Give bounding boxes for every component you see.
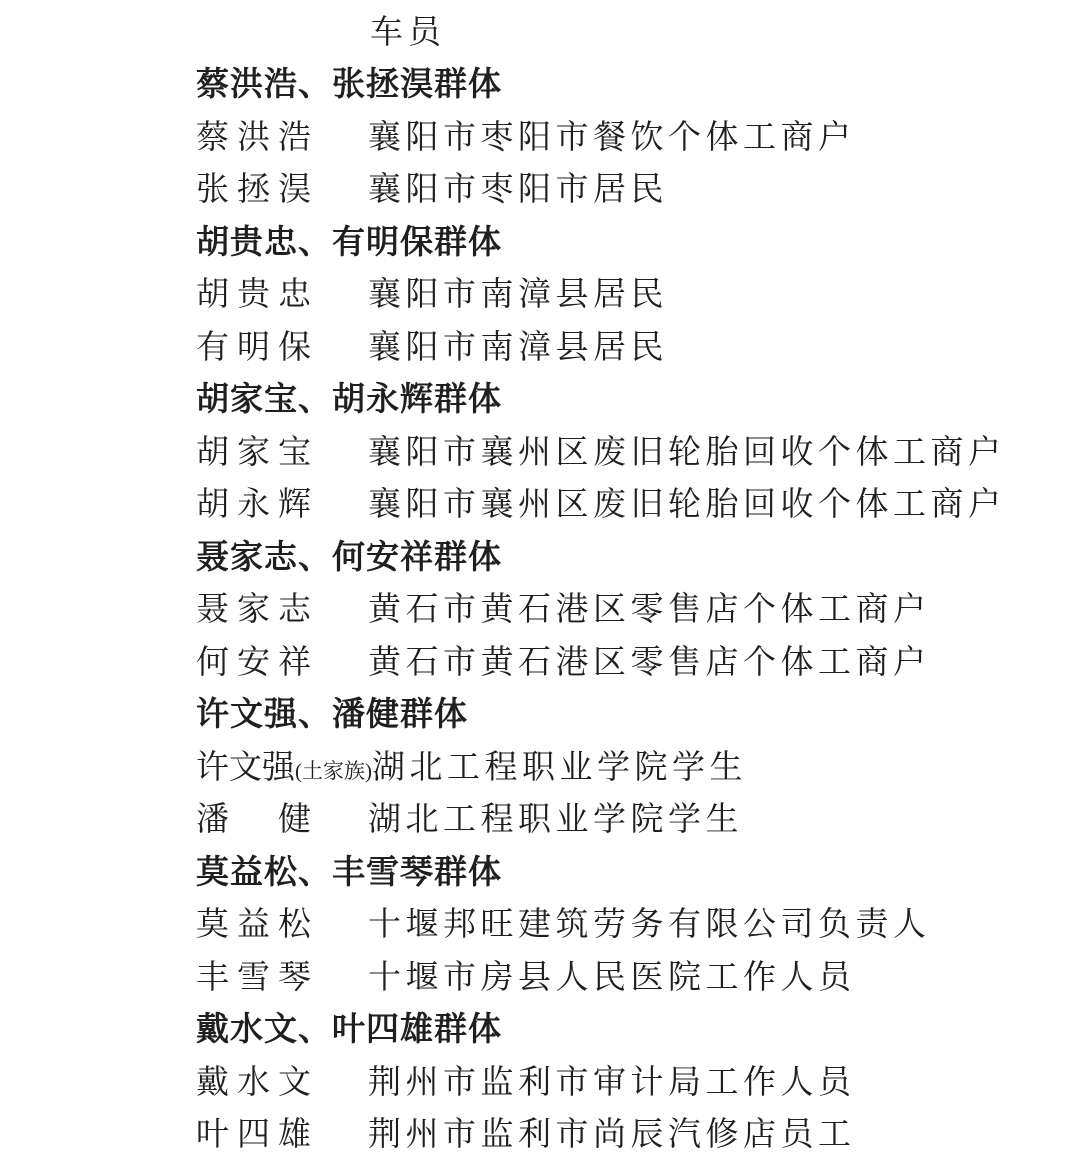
member-row: 胡家宝 襄阳市襄州区废旧轮胎回收个体工商户 <box>196 423 1080 476</box>
member-affiliation: 襄阳市枣阳市餐饮个体工商户 <box>368 111 856 158</box>
member-name-cell: 有明保 <box>196 321 368 368</box>
member-name-cell: 张拯淏 <box>196 163 368 210</box>
group-title-text: 蔡洪浩、张拯淏群体 <box>196 58 502 105</box>
member-row: 丰雪琴 十堰市房县人民医院工作人员 <box>196 948 1080 1001</box>
member-row: 聂家志 黄石市黄石港区零售店个体工商户 <box>196 581 1080 634</box>
member-row: 叶四雄 荆州市监利市尚辰汽修店员工 <box>196 1106 1080 1158</box>
member-row: 潘 健 湖北工程职业学院学生 <box>196 791 1080 844</box>
member-affiliation: 十堰市房县人民医院工作人员 <box>368 951 856 998</box>
member-name-cell: 胡永辉 <box>196 478 368 525</box>
member-name-cell: 蔡洪浩 <box>196 111 368 158</box>
member-name: 莫益松 <box>196 907 319 943</box>
member-affiliation: 襄阳市枣阳市居民 <box>368 163 668 210</box>
member-row: 张拯淏 襄阳市枣阳市居民 <box>196 161 1080 214</box>
member-name: 胡家宝 <box>196 435 319 471</box>
member-name-cell: 何安祥 <box>196 636 368 683</box>
group-title-text: 聂家志、何安祥群体 <box>196 531 502 578</box>
group-title: 莫益松、丰雪琴群体 <box>196 843 1080 896</box>
member-name-cell: 莫益松 <box>196 898 368 945</box>
group-title-text: 许文强、潘健群体 <box>196 688 468 735</box>
member-name: 张拯淏 <box>196 172 319 208</box>
member-ethnicity-note: (土家族) <box>295 759 372 783</box>
member-name-cell: 胡家宝 <box>196 426 368 473</box>
member-row: 莫益松 十堰邦旺建筑劳务有限公司负责人 <box>196 896 1080 949</box>
member-affiliation: 襄阳市襄州区废旧轮胎回收个体工商户 <box>368 478 1006 525</box>
member-name: 丰雪琴 <box>196 960 319 996</box>
member-name: 何安祥 <box>196 645 319 681</box>
group-title: 聂家志、何安祥群体 <box>196 528 1080 581</box>
member-name-cell: 聂家志 <box>196 583 368 630</box>
group-title-text: 莫益松、丰雪琴群体 <box>196 846 502 893</box>
continuation-line: 车员 <box>196 3 1080 56</box>
member-name-cell: 胡贵忠 <box>196 268 368 315</box>
member-name-cell: 叶四雄 <box>196 1108 368 1155</box>
member-name: 聂家志 <box>196 592 319 628</box>
member-row: 何安祥 黄石市黄石港区零售店个体工商户 <box>196 633 1080 686</box>
group-title-text: 胡家宝、胡永辉群体 <box>196 373 502 420</box>
document-page: 车员 蔡洪浩、张拯淏群体 蔡洪浩 襄阳市枣阳市餐饮个体工商户 张拯淏 襄阳市枣阳… <box>0 0 1080 1158</box>
group-title: 胡贵忠、有明保群体 <box>196 213 1080 266</box>
group-title-text: 戴水文、叶四雄群体 <box>196 1003 502 1050</box>
member-affiliation: 湖北工程职业学院学生 <box>372 741 747 788</box>
group-title: 蔡洪浩、张拯淏群体 <box>196 56 1080 109</box>
member-affiliation: 荆州市监利市尚辰汽修店员工 <box>368 1108 856 1155</box>
group-title: 胡家宝、胡永辉群体 <box>196 371 1080 424</box>
member-row: 戴水文 荆州市监利市审计局工作人员 <box>196 1053 1080 1106</box>
member-name: 叶四雄 <box>196 1117 319 1153</box>
member-name: 胡贵忠 <box>196 277 319 313</box>
member-affiliation: 襄阳市南漳县居民 <box>368 321 668 368</box>
group-title-text: 胡贵忠、有明保群体 <box>196 216 502 263</box>
member-affiliation: 黄石市黄石港区零售店个体工商户 <box>368 636 931 683</box>
member-name-cell: 潘 健 <box>196 793 368 840</box>
member-affiliation: 荆州市监利市审计局工作人员 <box>368 1056 856 1103</box>
member-name: 胡永辉 <box>196 487 319 523</box>
group-title: 戴水文、叶四雄群体 <box>196 1001 1080 1054</box>
member-name-cell: 戴水文 <box>196 1056 368 1103</box>
member-row: 蔡洪浩 襄阳市枣阳市餐饮个体工商户 <box>196 108 1080 161</box>
member-affiliation: 襄阳市南漳县居民 <box>368 268 668 315</box>
member-row: 胡贵忠 襄阳市南漳县居民 <box>196 266 1080 319</box>
member-row: 胡永辉 襄阳市襄州区废旧轮胎回收个体工商户 <box>196 476 1080 529</box>
member-name: 许文强 <box>196 750 295 786</box>
document-body: 车员 蔡洪浩、张拯淏群体 蔡洪浩 襄阳市枣阳市餐饮个体工商户 张拯淏 襄阳市枣阳… <box>0 0 1080 1158</box>
member-name-cell: 丰雪琴 <box>196 951 368 998</box>
group-title: 许文强、潘健群体 <box>196 686 1080 739</box>
member-name: 戴水文 <box>196 1065 319 1101</box>
member-affiliation: 湖北工程职业学院学生 <box>368 793 743 840</box>
member-name: 潘 健 <box>196 802 319 838</box>
member-affiliation: 黄石市黄石港区零售店个体工商户 <box>368 583 931 630</box>
member-affiliation: 襄阳市襄州区废旧轮胎回收个体工商户 <box>368 426 1006 473</box>
member-name: 蔡洪浩 <box>196 120 319 156</box>
member-name: 有明保 <box>196 330 319 366</box>
member-row: 许文强(土家族) 湖北工程职业学院学生 <box>196 738 1080 791</box>
continuation-text: 车员 <box>370 6 446 53</box>
member-affiliation: 十堰邦旺建筑劳务有限公司负责人 <box>368 898 931 945</box>
member-name-cell: 许文强(土家族) <box>196 741 372 788</box>
member-row: 有明保 襄阳市南漳县居民 <box>196 318 1080 371</box>
